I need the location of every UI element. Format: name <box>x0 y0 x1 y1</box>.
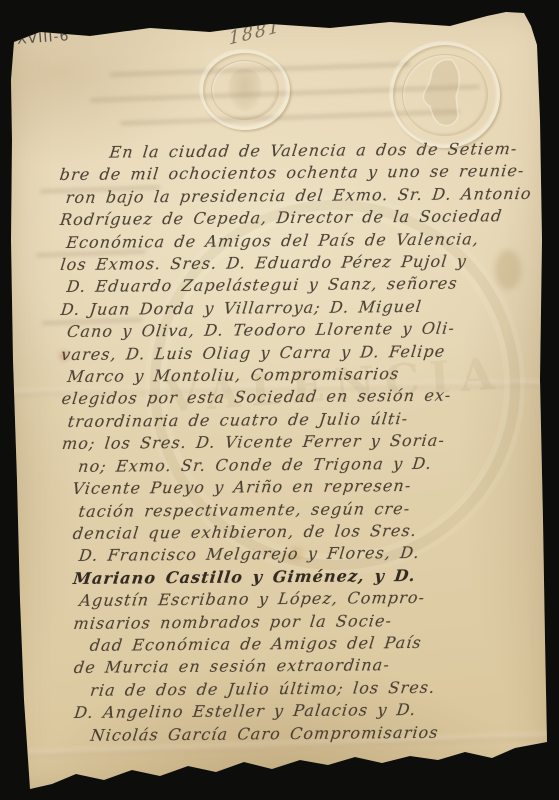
scanned-document: VALENCIA XVIII-6 1881 En la ciudad de Va… <box>0 0 559 800</box>
coat-of-arms-icon <box>228 69 262 110</box>
manuscript-line: Agustín Escribano y López, Compro- <box>78 586 527 612</box>
manuscript-line: Vicente Pueyo y Ariño en represen- <box>71 474 526 500</box>
manuscript-text: En la ciudad de Valencia a dos de Setiem… <box>65 138 526 747</box>
manuscript-line: D. Angelino Esteller y Palacios y D. <box>73 698 528 724</box>
embossed-seal-profile-portrait <box>390 42 500 148</box>
manuscript-paper: VALENCIA XVIII-6 1881 En la ciudad de Va… <box>0 0 559 800</box>
year-annotation: 1881 <box>228 15 281 49</box>
embossed-seal-coat-of-arms <box>200 50 290 130</box>
profile-portrait-icon <box>390 42 494 142</box>
manuscript-line: Nicolás García Caro Compromisarios <box>89 721 528 747</box>
archival-mark: XVIII-6 <box>17 28 71 48</box>
